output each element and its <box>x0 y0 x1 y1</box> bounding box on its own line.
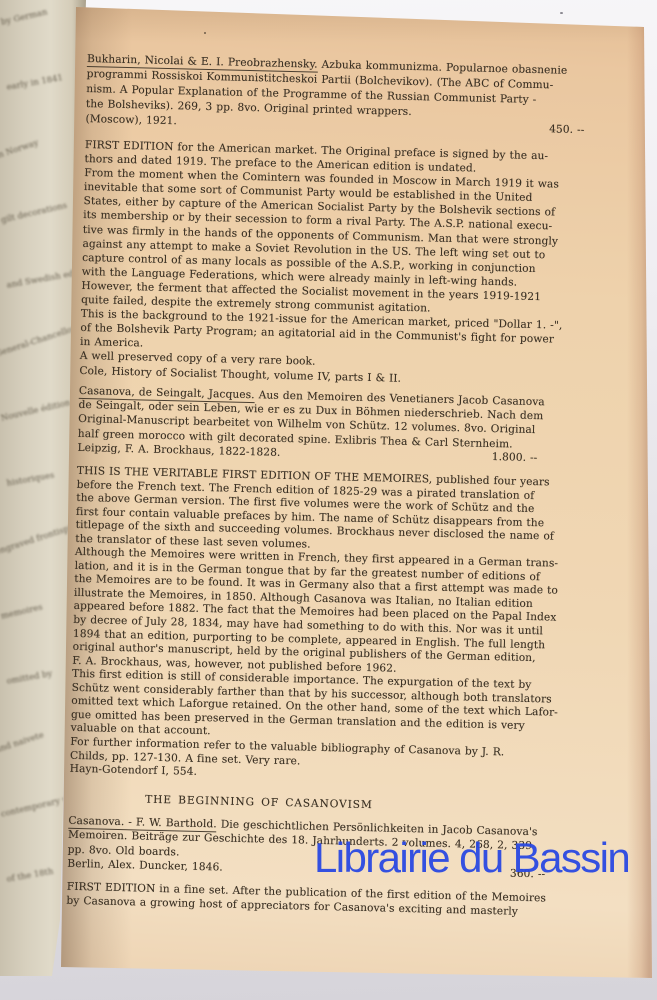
paper-speck <box>560 12 563 14</box>
watermark: Librairie du Bassin <box>314 834 629 882</box>
entry-price: 1.800. -- <box>492 451 538 464</box>
paper-speck <box>204 32 206 34</box>
section-heading: THE BEGINNING OF CASANOVISM <box>69 792 449 813</box>
entry-title-lines: de Seingalt, oder sein Leben, wie er es … <box>77 398 630 468</box>
catalog-entry-bukharin: Bukharin, Nicolai & E. I. Preobrazhensky… <box>79 52 639 391</box>
entry-description: FIRST EDITION in a fine set. After the p… <box>66 880 619 922</box>
entry-description: FIRST EDITION for the American market. T… <box>79 138 637 391</box>
entry-description: THIS IS THE VERITABLE FIRST EDITION OF T… <box>70 465 629 790</box>
entry-price: 450. -- <box>549 123 585 136</box>
catalog-entry-casanova-memoiren: Casanova, de Seingalt, Jacques. Aus den … <box>70 384 631 790</box>
